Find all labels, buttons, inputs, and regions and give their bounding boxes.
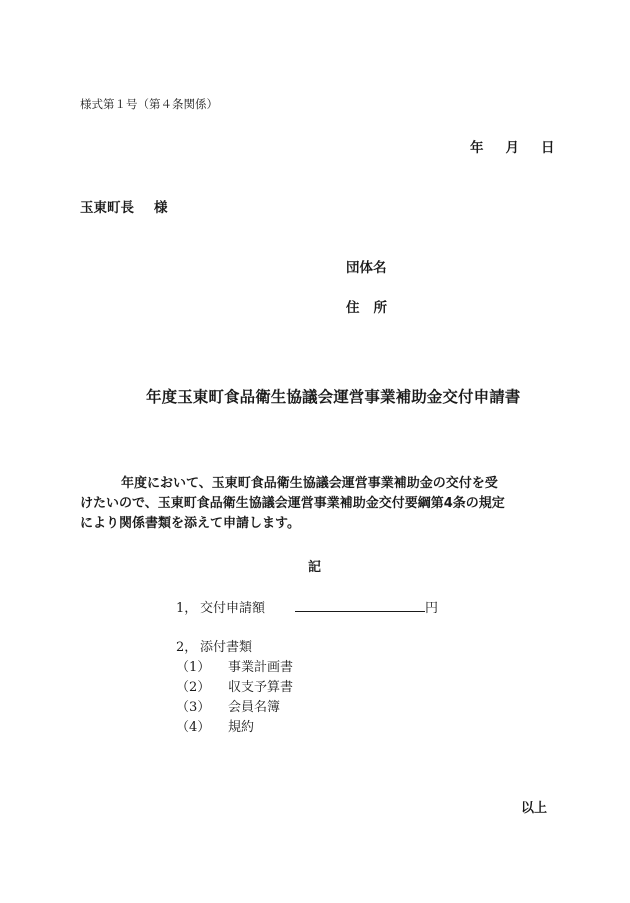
addressee: 玉東町長様 [80,196,168,216]
yen-unit: 円 [425,601,438,616]
closing-ijou: 以上 [521,797,547,816]
body-line-3: により関係書類を添えて申請します。 [80,514,554,534]
attachment-item: （1）事業計画書 [176,656,293,675]
amount-blank-field[interactable] [295,597,425,612]
date-month-label: 月 [506,136,520,156]
item1-number: 1， [176,597,200,616]
item-attachments: 2，添付書類 [176,636,252,655]
body-line-1-text: 年度において、玉東町食品衛生協議会運営事業補助金の交付を受 [121,476,498,491]
item2-number: 2， [176,636,200,655]
address-label: 住所 [346,296,387,316]
attachment-index: （3） [176,696,228,715]
date-day-label: 日 [541,136,555,156]
form-number-label: 様式第１号（第４条関係） [80,96,218,112]
attachment-item: （2）収支予算書 [176,676,293,695]
date-line: 年月日 [470,136,555,156]
ki-heading: 記 [308,556,321,575]
addressee-honorific: 様 [154,200,168,216]
item-application-amount: 1，交付申請額円 [176,597,438,616]
attachment-name: 事業計画書 [228,660,293,675]
attachment-index: （4） [176,716,228,735]
attachment-name: 規約 [228,720,254,735]
attachment-name: 会員名簿 [228,700,280,715]
attachment-index: （2） [176,676,228,695]
attachment-item: （3）会員名簿 [176,696,280,715]
item1-label: 交付申請額 [200,601,265,616]
attachment-name: 収支予算書 [228,680,293,695]
date-year-label: 年 [470,136,484,156]
attachment-item: （4）規約 [176,716,254,735]
document-title: 年度玉東町食品衛生協議会運営事業補助金交付申請書 [146,385,520,407]
address-label-part1: 住 [346,300,360,316]
addressee-name: 玉東町長 [80,200,134,216]
item2-label: 添付書類 [200,640,252,655]
organization-name-label: 団体名 [346,256,387,276]
body-line-2: けたいので、玉東町食品衛生協議会運営事業補助金交付要綱第4条の規定 [80,494,554,514]
body-paragraph: 年度において、玉東町食品衛生協議会運営事業補助金の交付を受 けたいので、玉東町食… [80,474,554,534]
address-label-part2: 所 [374,300,388,316]
attachment-index: （1） [176,656,228,675]
body-line-1: 年度において、玉東町食品衛生協議会運営事業補助金の交付を受 [80,474,554,494]
